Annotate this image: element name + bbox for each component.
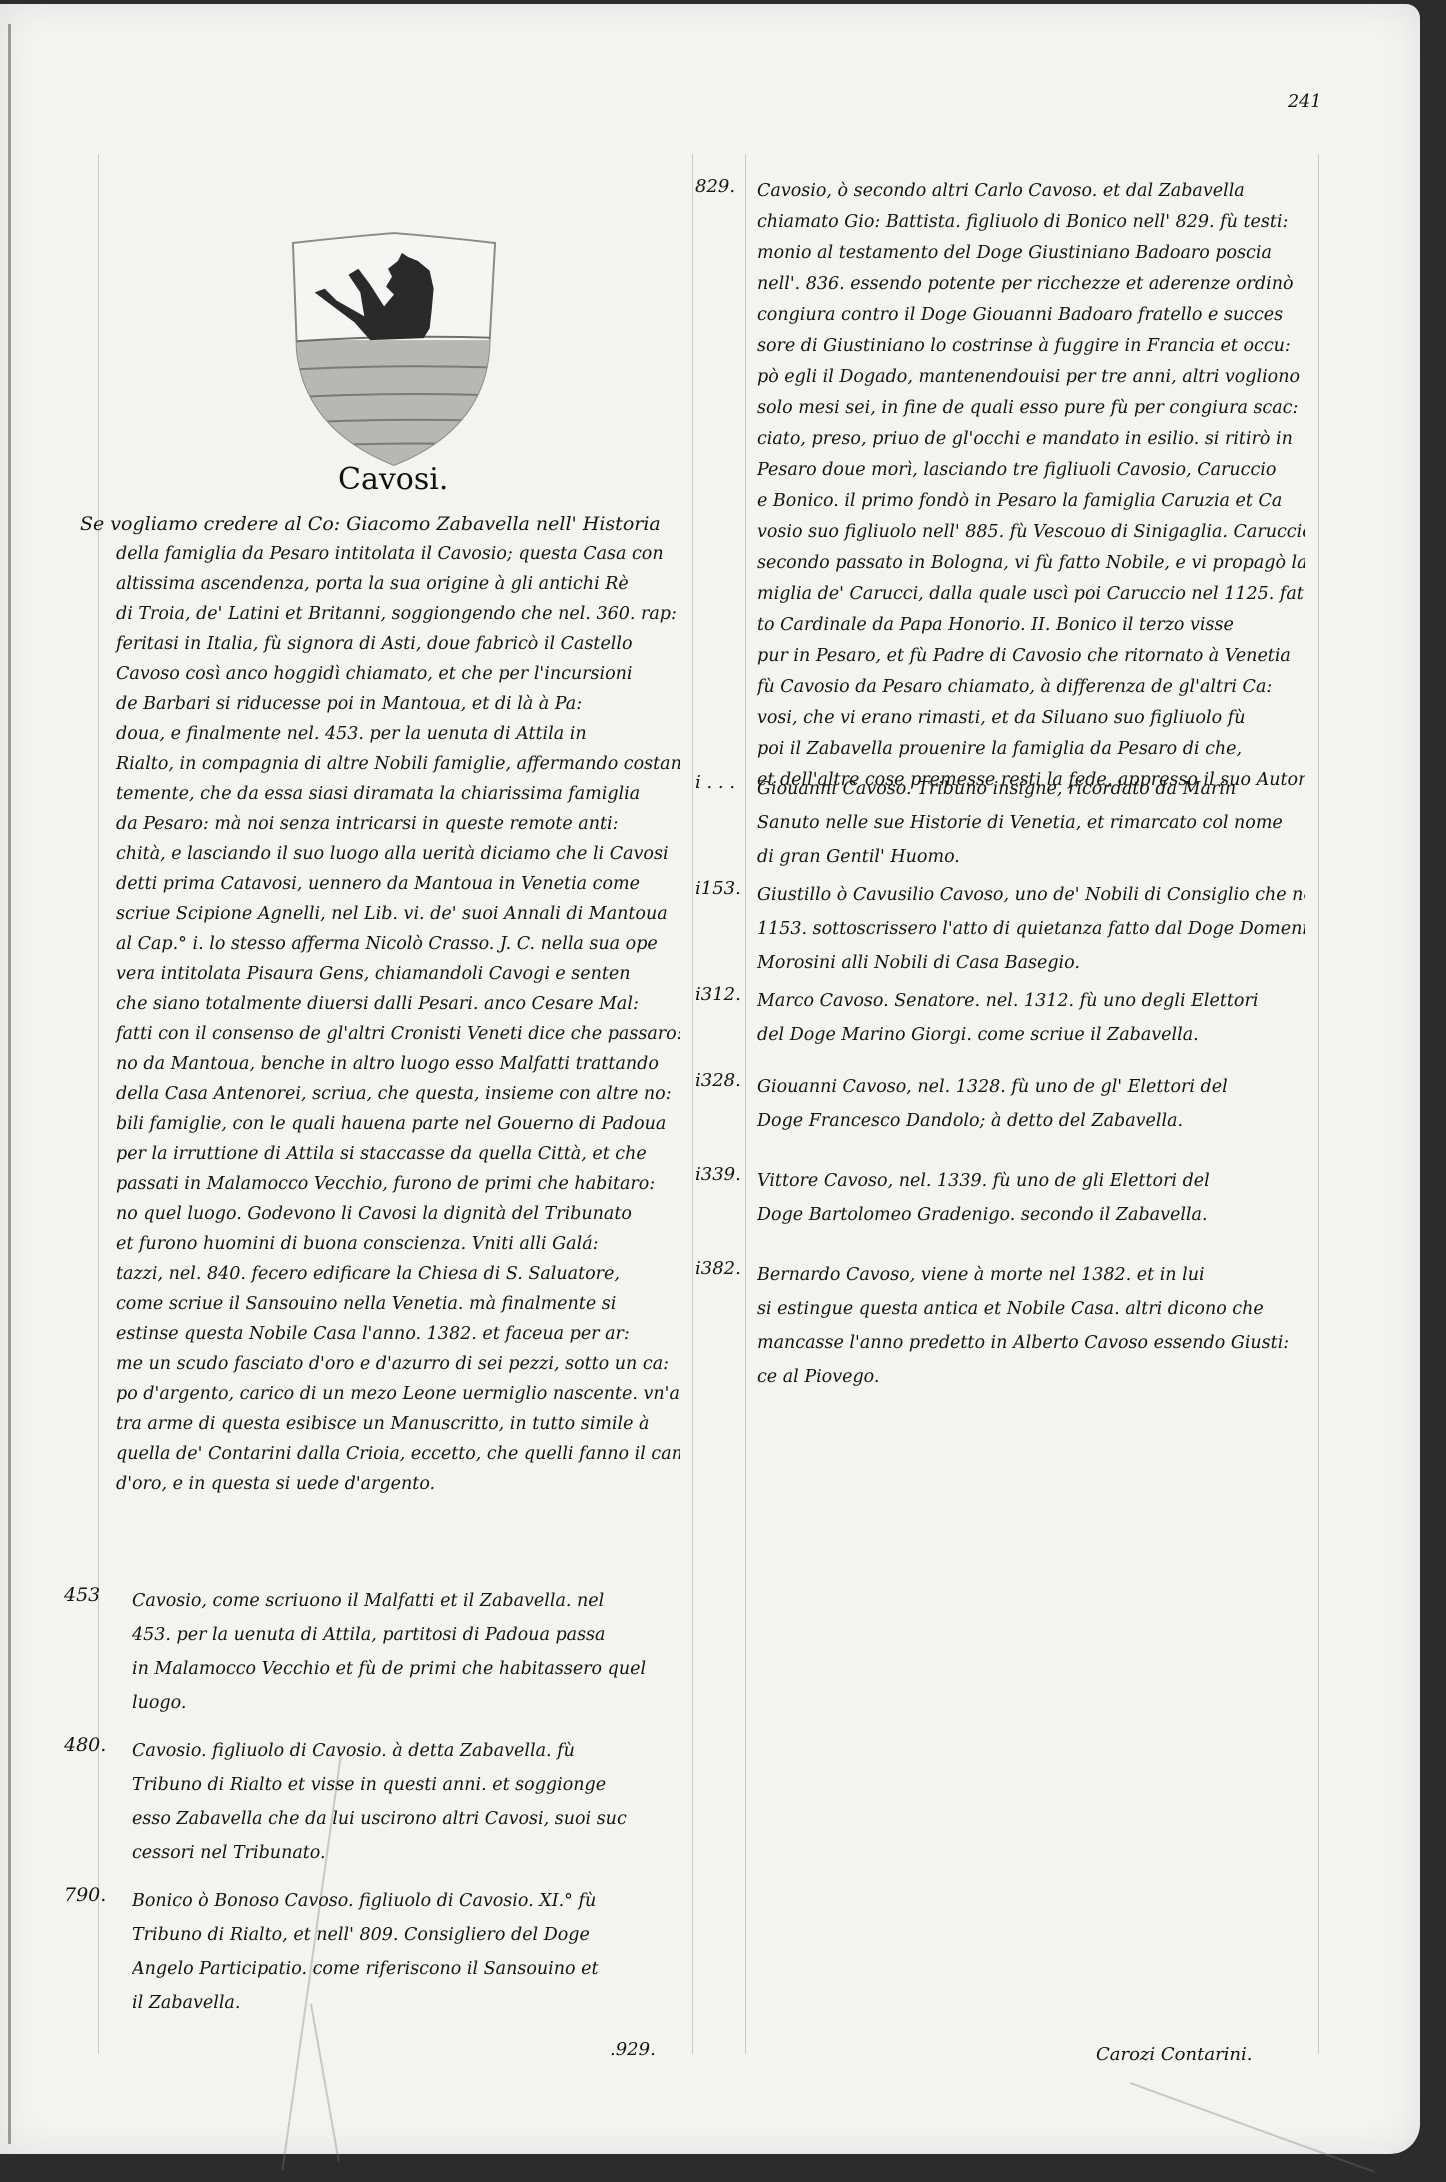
footer-note: Carozi Contarini.: [1096, 2044, 1253, 2065]
genealogy-entry: 480. Cavosio. figliuolo di Cavosio. à de…: [64, 1734, 704, 1870]
genealogy-entry: 790. Bonico ò Bonoso Cavoso. figliuolo d…: [64, 1884, 704, 2020]
text-line: Sanuto nelle sue Historie di Venetia, et…: [757, 806, 1305, 840]
text-line: che siano totalmente diuersi dalli Pesar…: [80, 989, 680, 1019]
entry-year: i339.: [695, 1164, 751, 1185]
entry-year: i382.: [695, 1258, 751, 1279]
text-line: cessori nel Tribunato.: [132, 1836, 704, 1870]
text-line: di gran Gentil' Huomo.: [757, 840, 1305, 874]
text-line: chità, e lasciando il suo luogo alla uer…: [80, 839, 680, 869]
text-line: Giouanni Cavoso, nel. 1328. fù uno de gl…: [757, 1070, 1305, 1104]
entry-year: 790.: [64, 1884, 122, 1906]
text-line: Cavosio, come scriuono il Malfatti et il…: [132, 1584, 704, 1618]
text-line: si estingue questa antica et Nobile Casa…: [757, 1292, 1305, 1326]
entry-year: i153.: [695, 878, 751, 899]
text-line: Bernardo Cavoso, viene à morte nel 1382.…: [757, 1258, 1305, 1292]
text-line: pur in Pesaro, et fù Padre di Cavosio ch…: [757, 641, 1305, 672]
text-line: il Zabavella.: [132, 1986, 704, 2020]
entry-year: 453: [64, 1584, 122, 1606]
genealogy-entry: i339. Vittore Cavoso, nel. 1339. fù uno …: [695, 1164, 1305, 1232]
catchword: .929.: [610, 2039, 656, 2060]
genealogy-entry: i382. Bernardo Cavoso, viene à morte nel…: [695, 1258, 1305, 1394]
text-line: sore di Giustiniano lo costrinse à fuggi…: [757, 331, 1305, 362]
text-line: come scriue il Sansouino nella Venetia. …: [80, 1289, 680, 1319]
genealogy-entry: 453 Cavosio, come scriuono il Malfatti e…: [64, 1584, 704, 1720]
family-heading: Cavosi.: [338, 462, 448, 497]
text-line: di Troia, de' Latini et Britanni, soggio…: [80, 599, 680, 629]
text-line: Morosini alli Nobili di Casa Basegio.: [757, 946, 1305, 980]
text-line: ce al Piovego.: [757, 1360, 1305, 1394]
text-line: fù Cavosio da Pesaro chiamato, à differe…: [757, 672, 1305, 703]
text-line: Vittore Cavoso, nel. 1339. fù uno de gli…: [757, 1164, 1305, 1198]
right-margin-rule: [1318, 154, 1319, 2054]
text-line: Tribuno di Rialto et visse in questi ann…: [132, 1768, 704, 1802]
text-line: nell'. 836. essendo potente per ricchezz…: [757, 269, 1305, 300]
genealogy-entry: i153. Giustillo ò Cavusilio Cavoso, uno …: [695, 878, 1305, 980]
entry-year: 829.: [695, 176, 751, 197]
text-line: tra arme di questa esibisce un Manuscrit…: [80, 1409, 680, 1439]
text-line: me un scudo fasciato d'oro e d'azurro di…: [80, 1349, 680, 1379]
text-line: fatti con il consenso de gl'altri Cronis…: [80, 1019, 680, 1049]
text-line: solo mesi sei, in fine de quali esso pur…: [757, 393, 1305, 424]
text-line: Angelo Participatio. come riferiscono il…: [132, 1952, 704, 1986]
folio-number: 241: [1288, 92, 1321, 112]
text-line: Giouanni Cavoso. Tribuno insigne, ricord…: [757, 772, 1305, 806]
text-line: della famiglia da Pesaro intitolata il C…: [80, 539, 680, 569]
text-line: al Cap.° i. lo stesso afferma Nicolò Cra…: [80, 929, 680, 959]
text-line: altissima ascendenza, porta la sua origi…: [80, 569, 680, 599]
entry-year: i328.: [695, 1070, 751, 1091]
text-line: vosio suo figliuolo nell' 885. fù Vescou…: [757, 517, 1305, 548]
text-line: 453. per la uenuta di Attila, partitosi …: [132, 1618, 704, 1652]
genealogy-entry: i328. Giouanni Cavoso, nel. 1328. fù uno…: [695, 1070, 1305, 1138]
text-line: luogo.: [132, 1686, 704, 1720]
text-line: Giustillo ò Cavusilio Cavoso, uno de' No…: [757, 878, 1305, 912]
text-line: per la irruttione di Attila si staccasse…: [80, 1139, 680, 1169]
text-line: vosi, che vi erano rimasti, et da Siluan…: [757, 703, 1305, 734]
text-line: Rialto, in compagnia di altre Nobili fam…: [80, 749, 680, 779]
text-line: ciato, preso, priuo de gl'occhi e mandat…: [757, 424, 1305, 455]
text-line: Cavosio, ò secondo altri Carlo Cavoso. e…: [757, 176, 1305, 207]
text-line: et furono huomini di buona conscienza. V…: [80, 1229, 680, 1259]
text-line: Cavosio. figliuolo di Cavosio. à detta Z…: [132, 1734, 704, 1768]
text-line: Pesaro doue morì, lasciando tre figliuol…: [757, 455, 1305, 486]
text-line: della Casa Antenorei, scriua, che questa…: [80, 1079, 680, 1109]
text-line: passati in Malamocco Vecchio, furono de …: [80, 1169, 680, 1199]
text-line: estinse questa Nobile Casa l'anno. 1382.…: [80, 1319, 680, 1349]
text-line: d'oro, e in questa si uede d'argento.: [80, 1469, 680, 1499]
text-line: chiamato Gio: Battista. figliuolo di Bon…: [757, 207, 1305, 238]
text-line: poi il Zabavella prouenire la famiglia d…: [757, 734, 1305, 765]
text-line: temente, che da essa siasi diramata la c…: [80, 779, 680, 809]
genealogy-entry: 829. Cavosio, ò secondo altri Carlo Cavo…: [695, 176, 1305, 796]
text-line: mancasse l'anno predetto in Alberto Cavo…: [757, 1326, 1305, 1360]
text-line: e Bonico. il primo fondò in Pesaro la fa…: [757, 486, 1305, 517]
text-line: pò egli il Dogado, mantenendouisi per tr…: [757, 362, 1305, 393]
text-line: Bonico ò Bonoso Cavoso. figliuolo di Cav…: [132, 1884, 704, 1918]
text-line: feritasi in Italia, fù signora di Asti, …: [80, 629, 680, 659]
text-line: Doge Bartolomeo Gradenigo. secondo il Za…: [757, 1198, 1305, 1232]
manuscript-page: 241 Cavosi. Se vogliamo credere al Co: G…: [0, 4, 1420, 2154]
text-line: doua, e finalmente nel. 453. per la uenu…: [80, 719, 680, 749]
text-line: Cavoso così anco hoggidì chiamato, et ch…: [80, 659, 680, 689]
intro-paragraph: Se vogliamo credere al Co: Giacomo Zabav…: [80, 509, 680, 1499]
genealogy-entry: i312. Marco Cavoso. Senatore. nel. 1312.…: [695, 984, 1305, 1052]
text-line: Se vogliamo credere al Co: Giacomo Zabav…: [80, 509, 680, 539]
text-line: congiura contro il Doge Giouanni Badoaro…: [757, 300, 1305, 331]
text-line: quella de' Contarini dalla Crioia, eccet…: [80, 1439, 680, 1469]
text-line: po d'argento, carico di un mezo Leone ue…: [80, 1379, 680, 1409]
paper-crease: [1130, 2082, 1375, 2173]
text-line: bili famiglie, con le quali hauena parte…: [80, 1109, 680, 1139]
text-line: tazzi, nel. 840. fecero edificare la Chi…: [80, 1259, 680, 1289]
page-binding-edge: [8, 24, 11, 2144]
text-line: scriue Scipione Agnelli, nel Lib. vi. de…: [80, 899, 680, 929]
genealogy-entry: i . . . Giouanni Cavoso. Tribuno insigne…: [695, 772, 1305, 874]
text-line: Marco Cavoso. Senatore. nel. 1312. fù un…: [757, 984, 1305, 1018]
text-line: Tribuno di Rialto, et nell' 809. Consigl…: [132, 1918, 704, 1952]
text-line: in Malamocco Vecchio et fù de primi che …: [132, 1652, 704, 1686]
coat-of-arms-icon: [285, 230, 503, 470]
entry-year: i312.: [695, 984, 751, 1005]
entry-year: 480.: [64, 1734, 122, 1756]
text-line: to Cardinale da Papa Honorio. II. Bonico…: [757, 610, 1305, 641]
text-line: Doge Francesco Dandolo; à detto del Zaba…: [757, 1104, 1305, 1138]
text-line: no quel luogo. Godevono li Cavosi la dig…: [80, 1199, 680, 1229]
text-line: 1153. sottoscrissero l'atto di quietanza…: [757, 912, 1305, 946]
text-line: secondo passato in Bologna, vi fù fatto …: [757, 548, 1305, 579]
text-line: de Barbari si riducesse poi in Mantoua, …: [80, 689, 680, 719]
text-line: da Pesaro: mà noi senza intricarsi in qu…: [80, 809, 680, 839]
text-line: vera intitolata Pisaura Gens, chiamandol…: [80, 959, 680, 989]
entry-year: i . . .: [695, 772, 751, 793]
text-line: del Doge Marino Giorgi. come scriue il Z…: [757, 1018, 1305, 1052]
paper-crease: [310, 2004, 340, 2162]
text-line: detti prima Catavosi, uennero da Mantoua…: [80, 869, 680, 899]
text-line: miglia de' Carucci, dalla quale uscì poi…: [757, 579, 1305, 610]
text-line: no da Mantoua, benche in altro luogo ess…: [80, 1049, 680, 1079]
text-line: esso Zabavella che da lui uscirono altri…: [132, 1802, 704, 1836]
text-line: monio al testamento del Doge Giustiniano…: [757, 238, 1305, 269]
